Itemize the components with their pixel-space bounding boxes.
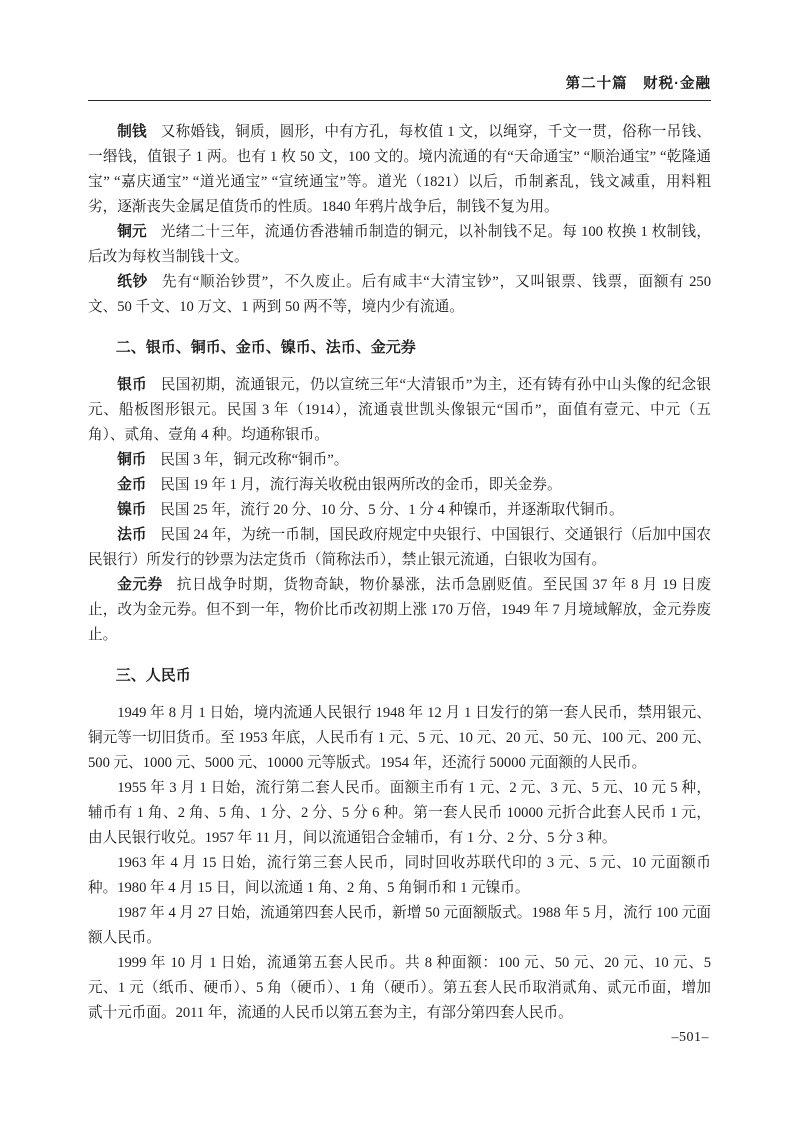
running-header-title: 第二十篇 财税·金融 xyxy=(566,76,711,92)
term-fabi: 法币 xyxy=(117,527,146,543)
paragraph-rmb-1949: 1949 年 8 月 1 日始，境内流通人民银行 1948 年 12 月 1 日… xyxy=(88,701,711,776)
paragraph-rmb-1955: 1955 年 3 月 1 日始，流行第二套人民币。面额主币有 1 元、2 元、3… xyxy=(88,776,711,851)
paragraph-tongyuan-text: 光绪二十三年，流通仿香港辅币制造的铜元，以补制钱不足。每 100 枚换 1 枚制… xyxy=(88,224,711,265)
paragraph-fabi-text: 民国 24 年，为统一币制，国民政府规定中央银行、中国银行、交通银行（后加中国农… xyxy=(88,527,711,568)
paragraph-jinbi: 金币民国 19 年 1 月，流行海关收税由银两所改的金币，即关金券。 xyxy=(88,473,711,498)
section-heading-3: 三、人民币 xyxy=(88,663,711,688)
body-text: 制钱又称婚钱，铜质，圆形，中有方孔，每枚值 1 文，以绳穿，千文一贯，俗称一吊钱… xyxy=(88,120,711,1026)
page-number: –501– xyxy=(672,1030,710,1046)
paragraph-zhiqian: 制钱又称婚钱，铜质，圆形，中有方孔，每枚值 1 文，以绳穿，千文一贯，俗称一吊钱… xyxy=(88,120,711,220)
term-jinyuanquan: 金元券 xyxy=(117,577,163,593)
term-zhichao: 纸钞 xyxy=(117,274,148,290)
section-heading-2: 二、银币、铜币、金币、镍币、法币、金元券 xyxy=(88,335,711,360)
paragraph-niebi: 镍币民国 25 年，流行 20 分、10 分、5 分、1 分 4 种镍币，并逐渐… xyxy=(88,498,711,523)
paragraph-tongbi: 铜币民国 3 年，铜元改称“铜币”。 xyxy=(88,448,711,473)
paragraph-jinbi-text: 民国 19 年 1 月，流行海关收税由银两所改的金币，即关金券。 xyxy=(160,477,561,493)
paragraph-tongbi-text: 民国 3 年，铜元改称“铜币”。 xyxy=(160,452,348,468)
paragraph-jinyuanquan-text: 抗日战争时期，货物奇缺，物价暴涨，法币急剧贬值。至民国 37 年 8 月 19 … xyxy=(88,577,711,643)
term-niebi: 镍币 xyxy=(117,502,146,518)
running-header: 第二十篇 财税·金融 xyxy=(88,74,711,101)
term-zhiqian: 制钱 xyxy=(117,124,147,140)
term-jinbi: 金币 xyxy=(117,477,146,493)
paragraph-rmb-1963: 1963 年 4 月 15 日始，流行第三套人民币，同时回收苏联代印的 3 元、… xyxy=(88,851,711,901)
term-yinbi: 银币 xyxy=(117,377,147,393)
paragraph-tongyuan: 铜元光绪二十三年，流通仿香港辅币制造的铜元，以补制钱不足。每 100 枚换 1 … xyxy=(88,220,711,270)
paragraph-zhiqian-text: 又称婚钱，铜质，圆形，中有方孔，每枚值 1 文，以绳穿，千文一贯，俗称一吊钱、一… xyxy=(88,124,711,215)
book-page: 第二十篇 财税·金融 制钱又称婚钱，铜质，圆形，中有方孔，每枚值 1 文，以绳穿… xyxy=(0,0,793,1122)
paragraph-rmb-1987: 1987 年 4 月 27 日始，流通第四套人民币，新增 50 元面额版式。19… xyxy=(88,901,711,951)
paragraph-jinyuanquan: 金元券抗日战争时期，货物奇缺，物价暴涨，法币急剧贬值。至民国 37 年 8 月 … xyxy=(88,573,711,648)
paragraph-yinbi: 银币民国初期，流通银元，仍以宣统三年“大清银币”为主，还有铸有孙中山头像的纪念银… xyxy=(88,373,711,448)
paragraph-fabi: 法币民国 24 年，为统一币制，国民政府规定中央银行、中国银行、交通银行（后加中… xyxy=(88,523,711,573)
term-tongyuan: 铜元 xyxy=(117,224,147,240)
paragraph-zhichao: 纸钞先有“顺治钞贯”，不久废止。后有咸丰“大清宝钞”，又叫银票、钱票，面额有 2… xyxy=(88,270,711,320)
paragraph-rmb-1999: 1999 年 10 月 1 日始，流通第五套人民币。共 8 种面额：100 元、… xyxy=(88,951,711,1026)
paragraph-zhichao-text: 先有“顺治钞贯”，不久废止。后有咸丰“大清宝钞”，又叫银票、钱票，面额有 250… xyxy=(88,274,711,315)
page-content: 第二十篇 财税·金融 制钱又称婚钱，铜质，圆形，中有方孔，每枚值 1 文，以绳穿… xyxy=(88,74,711,1026)
paragraph-yinbi-text: 民国初期，流通银元，仍以宣统三年“大清银币”为主，还有铸有孙中山头像的纪念银元、… xyxy=(88,377,711,443)
paragraph-niebi-text: 民国 25 年，流行 20 分、10 分、5 分、1 分 4 种镍币，并逐渐取代… xyxy=(160,502,623,518)
term-tongbi: 铜币 xyxy=(117,452,146,468)
